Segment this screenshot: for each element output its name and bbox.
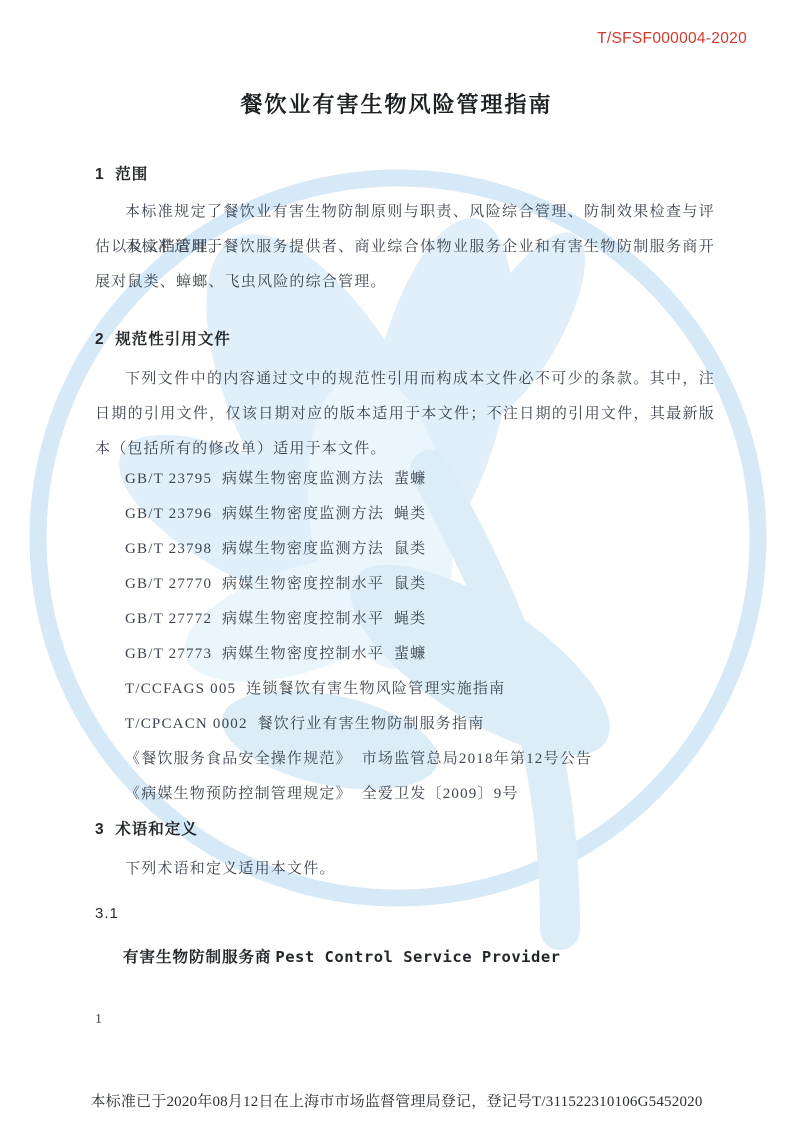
- reference-item: T/CCFAGS 005 连锁餐饮有害生物风险管理实施指南: [95, 672, 740, 707]
- term-chinese: 有害生物防制服务商: [123, 949, 272, 966]
- section-heading-scope: 1 范围: [95, 162, 148, 184]
- reference-item: 《病媒生物预防控制管理规定》 全爱卫发〔2009〕9号: [95, 777, 740, 812]
- reference-item: GB/T 27770 病媒生物密度控制水平 鼠类: [95, 567, 740, 602]
- scope-paragraph-2: 本标准适用于餐饮服务提供者、商业综合体物业服务企业和有害生物防制服务商开展对鼠类…: [95, 230, 715, 300]
- references-intro-paragraph: 下列文件中的内容通过文中的规范性引用而构成本文件必不可少的条款。其中，注日期的引…: [95, 362, 715, 467]
- page-number: 1: [95, 1012, 102, 1028]
- terms-intro-paragraph: 下列术语和定义适用本文件。: [95, 852, 715, 887]
- reference-item: T/CPCACN 0002 餐饮行业有害生物防制服务指南: [95, 707, 740, 742]
- section-heading-references: 2 规范性引用文件: [95, 327, 231, 349]
- reference-item: GB/T 23795 病媒生物密度监测方法 蜚蠊: [95, 462, 740, 497]
- registration-footer: 本标准已于2020年08月12日在上海市市场监督管理局登记，登记号T/31152…: [0, 1090, 793, 1111]
- section-heading-terms: 3 术语和定义: [95, 817, 198, 839]
- term-english: Pest Control Service Provider: [275, 948, 560, 966]
- document-page: T/SFSF000004-2020 餐饮业有害生物风险管理指南 1 范围 本标准…: [0, 0, 793, 1123]
- reference-item: GB/T 23796 病媒生物密度监测方法 蝇类: [95, 497, 740, 532]
- reference-item: GB/T 23798 病媒生物密度监测方法 鼠类: [95, 532, 740, 567]
- term-definition-line: 有害生物防制服务商 Pest Control Service Provider: [123, 945, 561, 967]
- clause-number: 3.1: [95, 905, 119, 922]
- reference-item: GB/T 27772 病媒生物密度控制水平 蝇类: [95, 602, 740, 637]
- reference-item: GB/T 27773 病媒生物密度控制水平 蜚蠊: [95, 637, 740, 672]
- reference-item: 《餐饮服务食品安全操作规范》 市场监管总局2018年第12号公告: [95, 742, 740, 777]
- references-list: GB/T 23795 病媒生物密度监测方法 蜚蠊GB/T 23796 病媒生物密…: [95, 462, 740, 812]
- page-title: 餐饮业有害生物风险管理指南: [0, 88, 793, 119]
- standard-code: T/SFSF000004-2020: [597, 30, 747, 48]
